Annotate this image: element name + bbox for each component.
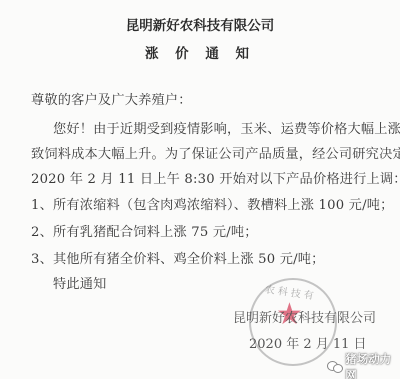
watermark: 猪场动力网 [327, 351, 400, 379]
company-title: 昆明新好农科技有限公司 [0, 14, 400, 34]
price-item-2: 2、所有乳猪配合饲料上涨 75 元/吨； [31, 225, 258, 241]
closing-text: 特此通知 [53, 277, 107, 293]
signature-company: 昆明新好农科技有限公司 [233, 307, 376, 326]
greeting: 尊敬的客户及广大养殖户： [31, 93, 192, 109]
wechat-icon [327, 361, 342, 373]
paragraph-line-2: 致饲料成本大幅上升。为了保证公司产品质量，经公司研究决定：于 [31, 147, 400, 163]
watermark-text: 猪场动力网 [345, 351, 400, 379]
paragraph-line-1: 您好！由于近期受到疫情影响，玉米、运费等价格大幅上涨，导 [53, 122, 400, 138]
notice-title: 涨 价 通 知 [0, 42, 400, 62]
price-item-1: 1、所有浓缩料（包含肉鸡浓缩料）、教槽料上涨 100 元/吨； [31, 198, 394, 214]
price-item-3: 3、其他所有猪全价料、鸡全价料上涨 50 元/吨； [31, 252, 325, 268]
signature-date: 2020 年 2 月 11 日 [249, 333, 367, 352]
notice-document: 昆明新好农科技有限公司 涨 价 通 知 尊敬的客户及广大养殖户： 您好！由于近期… [0, 0, 400, 379]
paragraph-line-3: 2020 年 2 月 11 日上午 8:30 开始对以下产品价格进行上调： [31, 172, 400, 188]
